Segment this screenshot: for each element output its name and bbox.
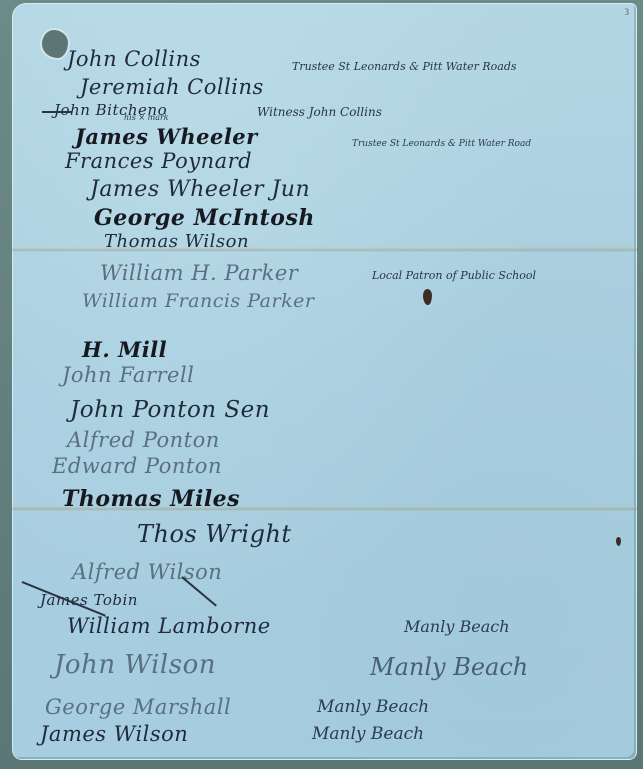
signature-thomas-miles: Thomas Miles <box>62 486 240 512</box>
torn-hole <box>42 30 68 58</box>
note-witness: Witness John Collins <box>257 105 382 119</box>
signature-edward-ponton: Edward Ponton <box>52 454 222 478</box>
page-number: 3 <box>625 7 630 17</box>
signature-george-marshall: George Marshall <box>45 695 231 719</box>
signature-john-farrell: John Farrell <box>62 363 194 387</box>
note-trustee-2: Trustee St Leonards & Pitt Water Road <box>352 139 531 149</box>
signature-james-wheeler-jun: James Wheeler Jun <box>90 177 310 202</box>
signature-jeremiah-collins: Jeremiah Collins <box>80 75 264 99</box>
ink-spot <box>616 537 621 546</box>
signature-alfred-ponton: Alfred Ponton <box>67 428 220 452</box>
note-manly-beach-1: Manly Beach <box>404 617 510 636</box>
signature-thos-wright: Thos Wright <box>137 520 292 548</box>
document-page: 3 John Collins Trustee St Leonards & Pit… <box>12 3 637 760</box>
signature-john-collins: John Collins <box>67 47 201 71</box>
signature-william-h-parker: William H. Parker <box>100 261 298 285</box>
signature-william-lamborne: William Lamborne <box>67 614 271 638</box>
signature-john-wilson: John Wilson <box>54 650 216 680</box>
signature-h-mill: H. Mill <box>82 337 167 362</box>
signature-george-mcintosh: George McIntosh <box>94 205 315 231</box>
signature-james-wilson: James Wilson <box>40 722 188 746</box>
note-manly-beach-2: Manly Beach <box>370 653 528 681</box>
note-local-patron: Local Patron of Public School <box>372 269 536 282</box>
signature-james-wheeler: James Wheeler <box>75 124 258 149</box>
ink-blot <box>423 289 432 305</box>
note-manly-beach-3: Manly Beach <box>317 697 429 717</box>
his-mark-annotation: his × mark <box>124 113 169 122</box>
note-manly-beach-4: Manly Beach <box>312 724 424 744</box>
signature-william-francis-parker: William Francis Parker <box>82 290 314 312</box>
signature-john-ponton-sen: John Ponton Sen <box>70 397 270 423</box>
signature-alfred-wilson: Alfred Wilson <box>72 560 222 584</box>
signature-frances-poynard: Frances Poynard <box>65 149 252 173</box>
note-trustee-1: Trustee St Leonards & Pitt Water Roads <box>292 60 517 73</box>
signature-thomas-wilson: Thomas Wilson <box>104 231 249 252</box>
strike-mark <box>42 111 72 113</box>
